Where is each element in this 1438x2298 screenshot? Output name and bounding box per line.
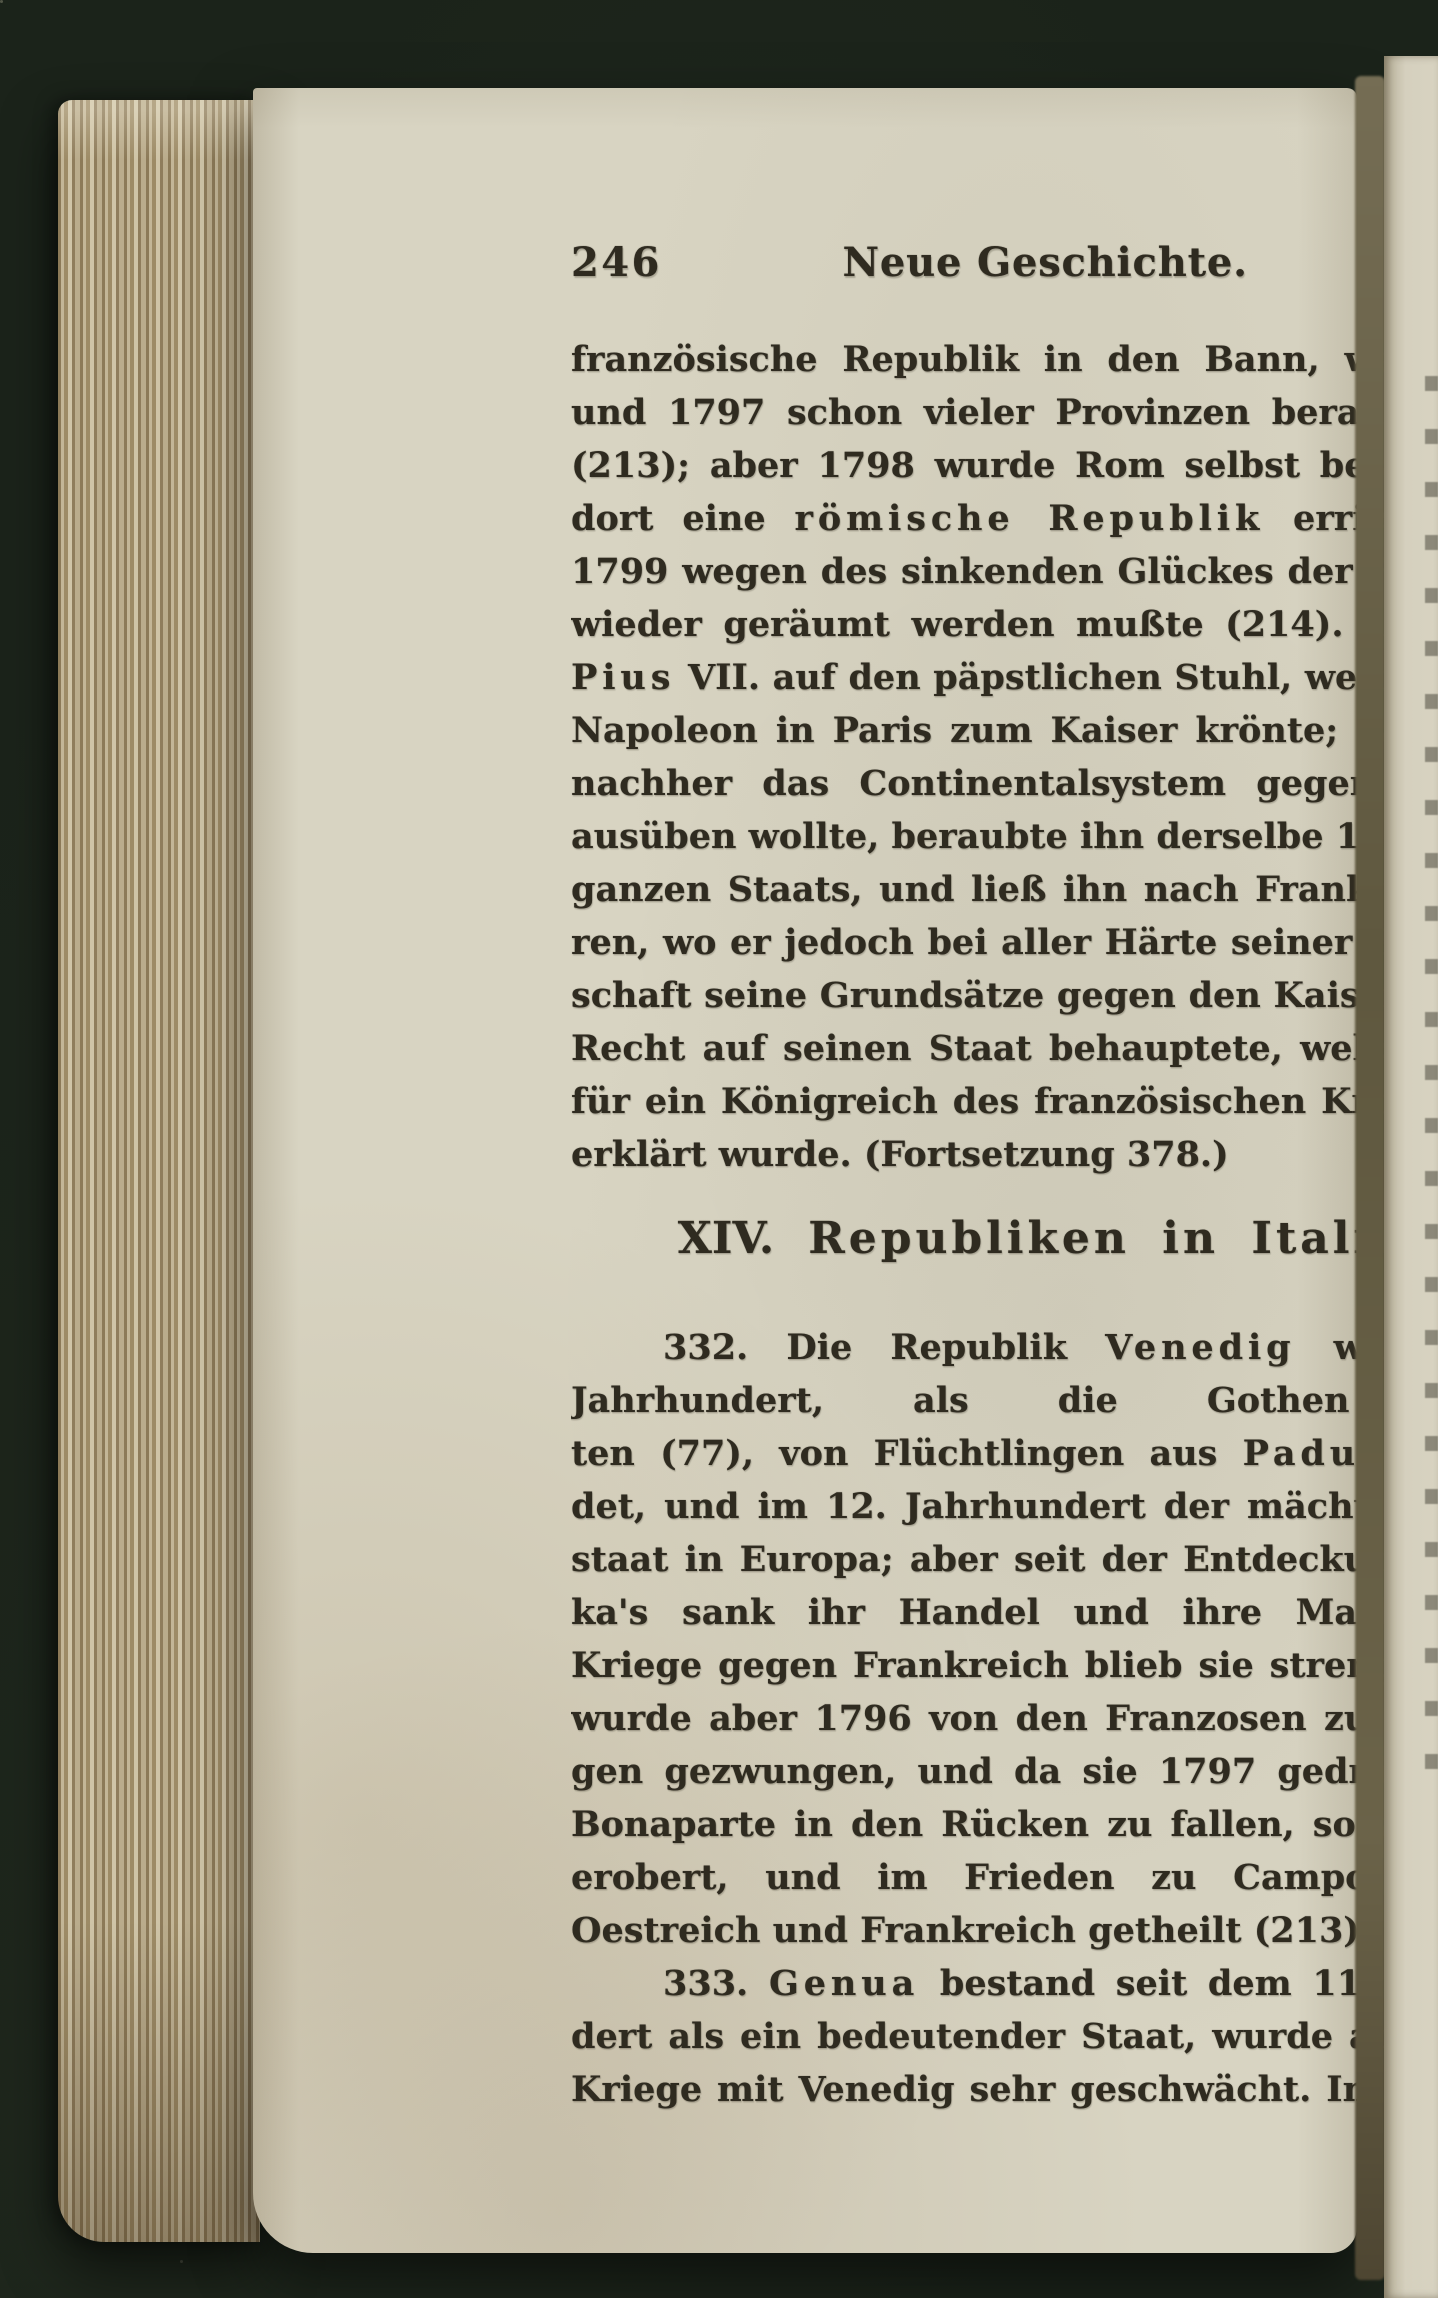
section-title: Republiken in Italien. (808, 1213, 1438, 1264)
text-line: 332. Die Republik Venedig war im 5. (571, 1321, 1438, 1374)
paragraph: 333. Genua bestand seit dem 11. Jahrhun-… (571, 1957, 1438, 2169)
text-line: wurde aber 1796 von den Franzosen zu Lie… (571, 1692, 1438, 1745)
text-line: Pius VII. auf den päpstlichen Stuhl, wel… (571, 651, 1438, 704)
text-line: ganzen Staats, und ließ ihn nach Frankre… (571, 863, 1438, 916)
text-line: und 1797 schon vieler Provinzen beraubt … (571, 386, 1438, 439)
text-line: dort eine römische Republik errichtet, d… (571, 492, 1438, 545)
text-line: erklärt wurde. (Fortsetzung 378.) (571, 1128, 1438, 1181)
text-line: erobert, und im Frieden zu Campo Formido… (571, 1851, 1438, 1904)
text-line: ausüben wollte, beraubte ihn derselbe 18… (571, 810, 1438, 863)
text-line: nachher das Continentalsystem gegen Engl… (571, 757, 1438, 810)
text-line: gen gezwungen, und da sie 1797 gedroht h… (571, 1745, 1438, 1798)
text-line: (213); aber 1798 wurde Rom selbst besetz… (571, 439, 1438, 492)
adjacent-page-text-fragments (1425, 376, 1438, 1796)
paragraph: 332. Die Republik Venedig war im 5.Jahrh… (571, 1321, 1438, 1957)
spaced-word: Venedig (1105, 1327, 1295, 1368)
spaced-word: Pius (571, 657, 675, 698)
text-line: dert als ein bedeutender Staat, wurde ab… (571, 2010, 1438, 2063)
text-line: schaft seine Grundsätze gegen den Kaiser… (571, 969, 1438, 1022)
text-line: staat in Europa; aber seit der Entdeckun… (571, 1533, 1438, 1586)
text-line: französische Republik in den Bann, wesha… (571, 333, 1438, 386)
book-scan: 246 Neue Geschichte. französische Republ… (0, 0, 1438, 2298)
text-line: wieder geräumt werden mußte (214). 1800 … (571, 598, 1438, 651)
catchword: hundert (571, 2116, 1438, 2169)
text-line: Bonaparte in den Rücken zu fallen, so wu… (571, 1798, 1438, 1851)
text-line: Oestreich und Frankreich getheilt (213). (571, 1904, 1438, 1957)
paragraph: französische Republik in den Bann, wesha… (571, 333, 1438, 1181)
text-line: ren, wo er jedoch bei aller Härte seiner… (571, 916, 1438, 969)
text-line: 1799 wegen des sinkenden Glückes der Fra… (571, 545, 1438, 598)
running-header: Neue Geschichte. (843, 234, 1248, 292)
page-stack-fore-edge (58, 100, 260, 2242)
gutter-shadow (1355, 76, 1385, 2280)
text-line: Recht auf seinen Staat behauptete, welch… (571, 1022, 1438, 1075)
text-line: 333. Genua bestand seit dem 11. Jahrhun- (571, 1957, 1438, 2010)
section-heading: XIV.Republiken in Italien. (571, 1207, 1438, 1271)
text-line: ten (77), von Flüchtlingen aus Padua geg… (571, 1427, 1438, 1480)
dust-specks (0, 0, 3, 3)
book-page: 246 Neue Geschichte. französische Republ… (253, 88, 1357, 2253)
page-number: 246 (571, 234, 662, 292)
text-line: Jahrhundert, als die Gothen Italien über… (571, 1374, 1438, 1427)
text-line: für ein Königreich des französischen Kro… (571, 1075, 1438, 1128)
text-line: Kriege mit Venedig sehr geschwächt. Im 1… (571, 2063, 1438, 2116)
spaced-word: römische Republik (795, 498, 1265, 539)
adjacent-page-sliver (1384, 56, 1438, 2298)
section-number: XIV. (678, 1213, 775, 1264)
spaced-word: Genua (769, 1963, 919, 2004)
page-header: 246 Neue Geschichte. (571, 234, 1438, 292)
text-block: französische Republik in den Bann, wesha… (571, 333, 1438, 2169)
text-line: ka's sank ihr Handel und ihre Macht. Bei… (571, 1586, 1438, 1639)
text-line: det, und im 12. Jahrhundert der mächtigs… (571, 1480, 1438, 1533)
text-line: Napoleon in Paris zum Kaiser krönte; da … (571, 704, 1438, 757)
text-line: Kriege gegen Frankreich blieb sie streng… (571, 1639, 1438, 1692)
